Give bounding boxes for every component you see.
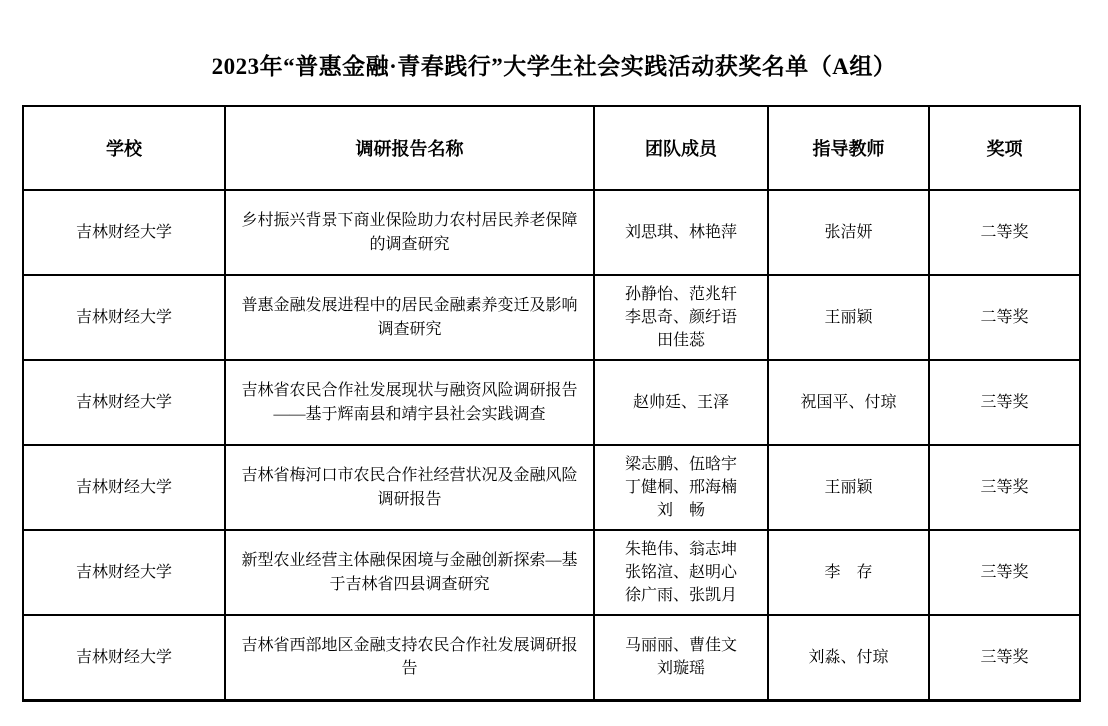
cell-school: 吉林财经大学 (23, 190, 225, 275)
cell-report: 吉林省梅河口市农民合作社经营状况及金融风险调研报告 (225, 445, 594, 530)
cell-award: 二等奖 (929, 275, 1080, 360)
cell-members: 梁志鹏、伍晗宇 丁健桐、邢海楠 刘 畅 (594, 445, 768, 530)
cell-school: 吉林财经大学 (23, 275, 225, 360)
document-title: 2023年“普惠金融·青春践行”大学生社会实践活动获奖名单（A组） (0, 48, 1108, 81)
cell-report: 乡村振兴背景下商业保险助力农村居民养老保障的调查研究 (225, 190, 594, 275)
cell-award: 二等奖 (929, 190, 1080, 275)
cell-advisor: 王丽颖 (768, 275, 929, 360)
cell-advisor: 张洁妍 (768, 190, 929, 275)
cell-award: 三等奖 (929, 445, 1080, 530)
cell-report: 吉林省西部地区金融支持农民合作社发展调研报告 (225, 615, 594, 700)
cell-award: 三等奖 (929, 530, 1080, 615)
cell-advisor: 王丽颖 (768, 445, 929, 530)
table-row: 吉林财经大学 乡村振兴背景下商业保险助力农村居民养老保障的调查研究 刘思琪、林艳… (23, 190, 1080, 275)
table-row: 吉林财经大学 普惠金融发展进程中的居民金融素养变迁及影响调查研究 孙静怡、范兆轩… (23, 275, 1080, 360)
table-row: 吉林财经大学 吉林省西部地区金融支持农民合作社发展调研报告 马丽丽、曹佳文 刘璇… (23, 615, 1080, 700)
cell-school: 吉林财经大学 (23, 615, 225, 700)
cell-report: 新型农业经营主体融保困境与金融创新探索—基于吉林省四县调查研究 (225, 530, 594, 615)
cell-members: 马丽丽、曹佳文 刘璇瑶 (594, 615, 768, 700)
awards-table: 学校 调研报告名称 团队成员 指导教师 奖项 吉林财经大学 乡村振兴背景下商业保… (22, 105, 1081, 702)
table-header-row: 学校 调研报告名称 团队成员 指导教师 奖项 (23, 106, 1080, 190)
cell-report: 普惠金融发展进程中的居民金融素养变迁及影响调查研究 (225, 275, 594, 360)
document-page: 2023年“普惠金融·青春践行”大学生社会实践活动获奖名单（A组） 学校 调研报… (0, 0, 1108, 726)
header-report: 调研报告名称 (225, 106, 594, 190)
cell-members: 朱艳伟、翁志坤 张铭渲、赵明心 徐广雨、张凯月 (594, 530, 768, 615)
cell-advisor: 祝国平、付琼 (768, 360, 929, 445)
cell-report: 吉林省农民合作社发展现状与融资风险调研报告 ——基于辉南县和靖宇县社会实践调查 (225, 360, 594, 445)
table-row: 吉林财经大学 新型农业经营主体融保困境与金融创新探索—基于吉林省四县调查研究 朱… (23, 530, 1080, 615)
cell-school: 吉林财经大学 (23, 445, 225, 530)
cell-award: 三等奖 (929, 615, 1080, 700)
header-members: 团队成员 (594, 106, 768, 190)
cell-members: 赵帅廷、王泽 (594, 360, 768, 445)
header-award: 奖项 (929, 106, 1080, 190)
cell-members: 刘思琪、林艳萍 (594, 190, 768, 275)
cell-school: 吉林财经大学 (23, 530, 225, 615)
cell-members: 孙静怡、范兆轩 李思奇、颜纡语 田佳蕊 (594, 275, 768, 360)
table-row: 吉林财经大学 吉林省梅河口市农民合作社经营状况及金融风险调研报告 梁志鹏、伍晗宇… (23, 445, 1080, 530)
cell-advisor: 李 存 (768, 530, 929, 615)
cell-school: 吉林财经大学 (23, 360, 225, 445)
header-advisor: 指导教师 (768, 106, 929, 190)
table-row: 吉林财经大学 吉林省农民合作社发展现状与融资风险调研报告 ——基于辉南县和靖宇县… (23, 360, 1080, 445)
cell-advisor: 刘淼、付琼 (768, 615, 929, 700)
cell-award: 三等奖 (929, 360, 1080, 445)
header-school: 学校 (23, 106, 225, 190)
